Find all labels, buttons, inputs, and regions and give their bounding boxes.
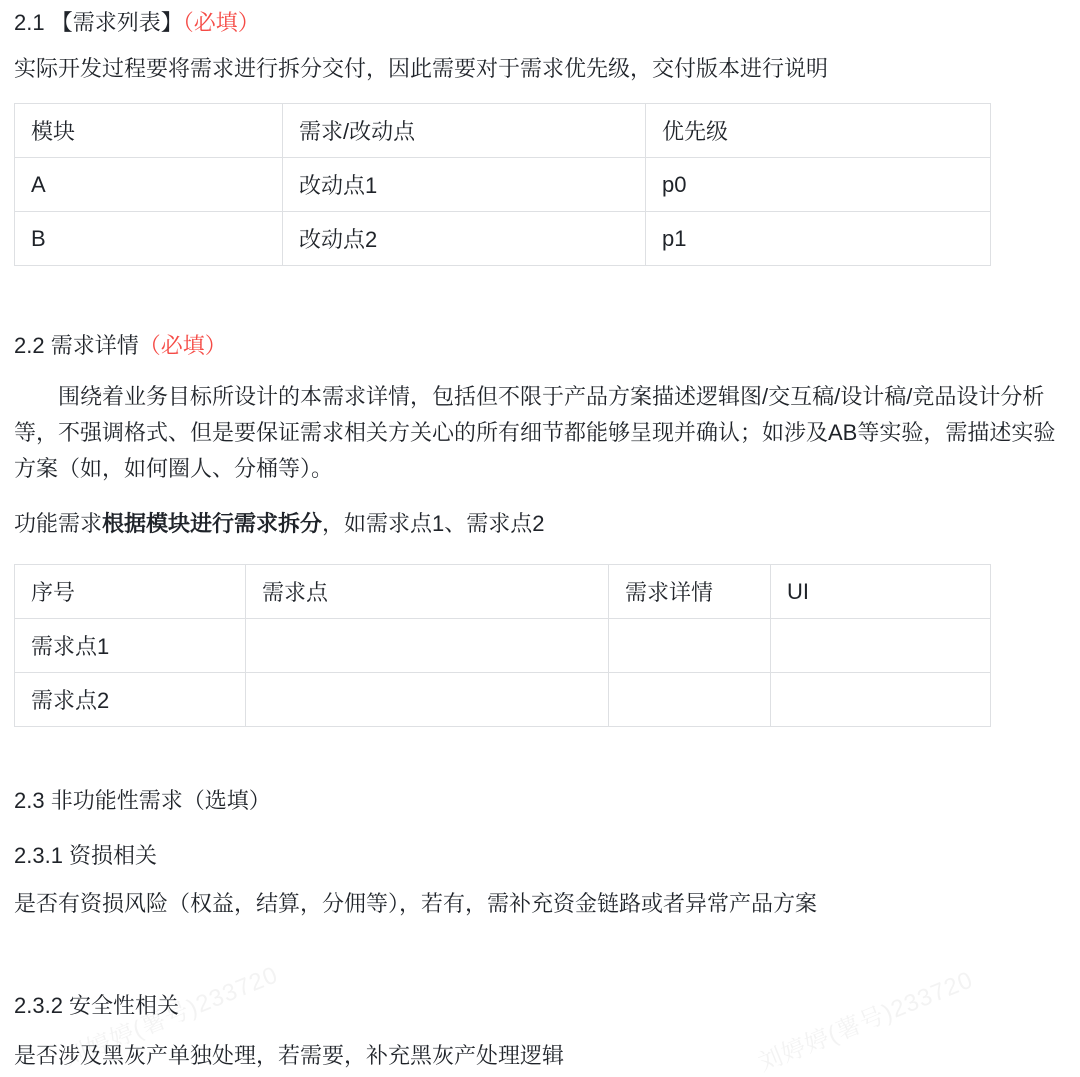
header-cell-priority: 优先级 xyxy=(646,104,991,158)
table-row: 需求点2 xyxy=(15,673,991,727)
cell-ui xyxy=(771,619,991,673)
section-2-1-title: 2.1 【需求列表】 xyxy=(14,10,183,35)
requirement-list-table: 模块 需求/改动点 优先级 A 改动点1 p0 B 改动点2 p1 xyxy=(14,103,991,266)
cell-detail xyxy=(609,619,771,673)
header-cell-detail: 需求详情 xyxy=(609,565,771,619)
section-2-2-title: 2.2 需求详情 xyxy=(14,333,139,358)
cell-ui xyxy=(771,673,991,727)
header-cell-point: 需求点 xyxy=(246,565,609,619)
document-page: 2.1 【需求列表】（必填） 实际开发过程要将需求进行拆分交付，因此需要对于需求… xyxy=(0,8,1080,1077)
table-row: 需求点1 xyxy=(15,619,991,673)
cell-module: B xyxy=(15,212,283,266)
section-2-3-1-heading: 2.3.1 资损相关 xyxy=(14,841,1066,871)
func-bold-segment: 根据模块进行需求拆分 xyxy=(102,511,322,536)
functional-requirement-line: 功能需求根据模块进行需求拆分，如需求点1、需求点2 xyxy=(14,509,1066,539)
required-tag-2-1: （必填） xyxy=(183,10,260,35)
cell-change: 改动点2 xyxy=(283,212,646,266)
table-row: B 改动点2 p1 xyxy=(15,212,991,266)
cell-module: A xyxy=(15,158,283,212)
section-2-2-paragraph: 围绕着业务目标所设计的本需求详情，包括但不限于产品方案描述逻辑图/交互稿/设计稿… xyxy=(14,379,1066,487)
section-2-3-1-description: 是否有资损风险（权益，结算，分佣等），若有，需补充资金链路或者异常产品方案 xyxy=(14,889,1066,919)
section-2-2-heading: 2.2 需求详情（必填） xyxy=(14,331,1066,361)
cell-index: 需求点1 xyxy=(15,619,246,673)
section-2-1-heading: 2.1 【需求列表】（必填） xyxy=(14,8,1066,38)
header-cell-index: 序号 xyxy=(15,565,246,619)
section-2-3-2-description: 是否涉及黑灰产单独处理，若需要，补充黑灰产处理逻辑 xyxy=(14,1041,1066,1071)
required-tag-2-2: （必填） xyxy=(139,333,227,358)
requirement-detail-table: 序号 需求点 需求详情 UI 需求点1 需求点2 xyxy=(14,564,991,727)
cell-index: 需求点2 xyxy=(15,673,246,727)
section-2-3-heading: 2.3 非功能性需求（选填） xyxy=(14,786,1066,816)
cell-point xyxy=(246,673,609,727)
table-header-row: 模块 需求/改动点 优先级 xyxy=(15,104,991,158)
table-header-row: 序号 需求点 需求详情 UI xyxy=(15,565,991,619)
section-2-3-2-heading: 2.3.2 安全性相关 xyxy=(14,991,1066,1021)
cell-point xyxy=(246,619,609,673)
header-cell-change: 需求/改动点 xyxy=(283,104,646,158)
cell-detail xyxy=(609,673,771,727)
cell-change: 改动点1 xyxy=(283,158,646,212)
header-cell-ui: UI xyxy=(771,565,991,619)
cell-priority: p1 xyxy=(646,212,991,266)
table-row: A 改动点1 p0 xyxy=(15,158,991,212)
cell-priority: p0 xyxy=(646,158,991,212)
header-cell-module: 模块 xyxy=(15,104,283,158)
func-suffix: ，如需求点1、需求点2 xyxy=(322,511,544,536)
section-2-1-description: 实际开发过程要将需求进行拆分交付，因此需要对于需求优先级，交付版本进行说明 xyxy=(14,54,1066,84)
func-prefix: 功能需求 xyxy=(14,511,102,536)
